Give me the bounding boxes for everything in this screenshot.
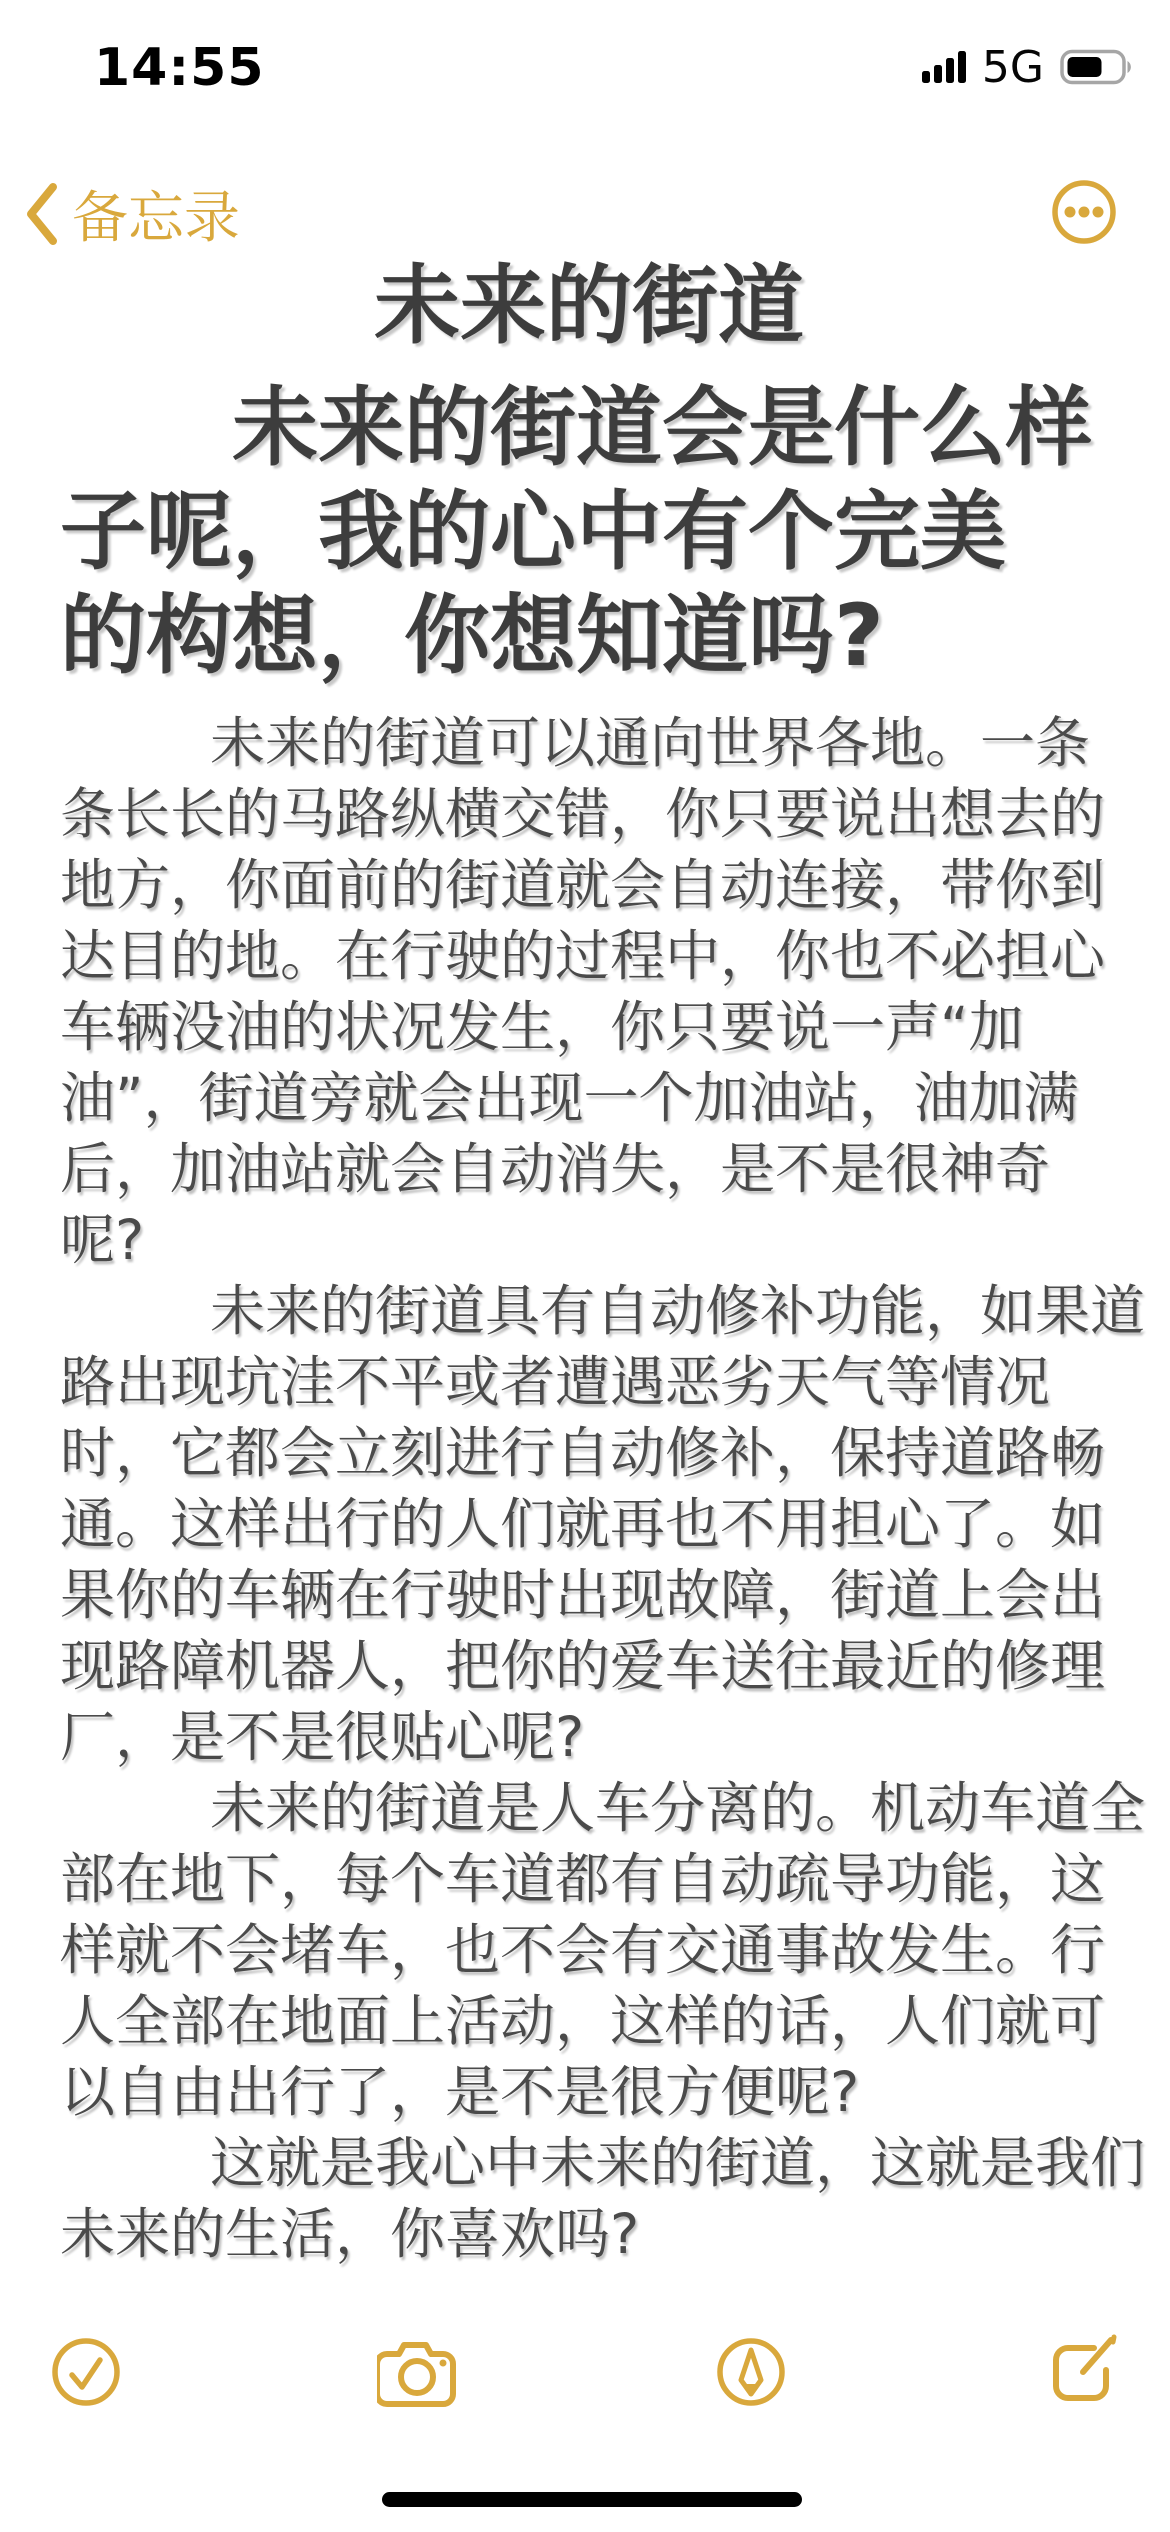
note-line: 达目的地。在行驶的过程中，你也不必担心 <box>60 921 1118 992</box>
camera-icon <box>377 2336 461 2408</box>
camera-button[interactable] <box>377 2336 461 2408</box>
status-icons: 5G <box>922 44 1134 90</box>
status-bar: 14:55 5G <box>0 0 1170 130</box>
network-type-label: 5G <box>982 42 1044 93</box>
note-paragraph: 未来的街道具有自动修补功能，如果道路出现坑洼不平或者遭遇恶劣天气等情况时，它都会… <box>60 1276 1118 1773</box>
note-paragraph: 未来的街道可以通向世界各地。一条条长长的马路纵横交错，你只要说出想去的地方，你面… <box>60 708 1118 1276</box>
note-line: 未来的街道具有自动修补功能，如果道 <box>60 1276 1118 1347</box>
markup-pen-icon <box>715 2336 787 2408</box>
note-line: 条长长的马路纵横交错，你只要说出想去的 <box>60 779 1118 850</box>
back-button[interactable]: 备忘录 <box>22 174 240 254</box>
bottom-toolbar <box>0 2322 1170 2422</box>
status-time: 14:55 <box>94 38 265 98</box>
note-line: 呢? <box>60 1205 1118 1276</box>
note-paragraph: 这就是我心中未来的街道，这就是我们未来的生活，你喜欢吗? <box>60 2128 1118 2270</box>
note-title: 未来的街道 <box>60 250 1118 362</box>
note-line: 车辆没油的状况发生，你只要说一声“加 <box>60 992 1118 1063</box>
chevron-left-icon <box>22 181 60 247</box>
note-line: 厂，是不是很贴心呢? <box>60 1702 1118 1773</box>
note-paragraph: 未来的街道是人车分离的。机动车道全部在地下，每个车道都有自动疏导功能，这样就不会… <box>60 1773 1118 2128</box>
note-intro-line: 子呢，我的心中有个完美 <box>60 480 1118 584</box>
note-line: 现路障机器人，把你的爱车送往最近的修理 <box>60 1631 1118 1702</box>
note-intro: 未来的街道会是什么样子呢，我的心中有个完美的构想，你想知道吗? <box>60 376 1118 688</box>
note-line: 通。这样出行的人们就再也不用担心了。如 <box>60 1489 1118 1560</box>
back-button-label: 备忘录 <box>72 174 240 254</box>
note-line: 后，加油站就会自动消失，是不是很神奇 <box>60 1134 1118 1205</box>
note-line: 果你的车辆在行驶时出现故障，街道上会出 <box>60 1560 1118 1631</box>
compose-button[interactable] <box>1042 2332 1122 2412</box>
markup-button[interactable] <box>715 2336 787 2408</box>
compose-icon <box>1042 2332 1122 2412</box>
note-line: 路出现坑洼不平或者遭遇恶劣天气等情况 <box>60 1347 1118 1418</box>
signal-bars-icon <box>922 50 966 84</box>
note-intro-line: 的构想，你想知道吗? <box>60 584 1118 688</box>
checklist-button[interactable] <box>50 2336 122 2408</box>
note-line: 地方，你面前的街道就会自动连接，带你到 <box>60 850 1118 921</box>
note-body: 未来的街道可以通向世界各地。一条条长长的马路纵横交错，你只要说出想去的地方，你面… <box>60 708 1118 2270</box>
home-indicator[interactable] <box>382 2492 802 2507</box>
note-line: 部在地下，每个车道都有自动疏导功能，这 <box>60 1844 1118 1915</box>
note-line: 这就是我心中未来的街道，这就是我们 <box>60 2128 1118 2199</box>
note-line: 未来的生活，你喜欢吗? <box>60 2199 1118 2270</box>
checklist-icon <box>50 2336 122 2408</box>
note-line: 人全部在地面上活动，这样的话，人们就可 <box>60 1986 1118 2057</box>
ellipsis-circle-icon <box>1050 178 1118 246</box>
battery-icon <box>1060 49 1134 85</box>
note-intro-line: 未来的街道会是什么样 <box>60 376 1118 480</box>
note-line: 样就不会堵车，也不会有交通事故发生。行 <box>60 1915 1118 1986</box>
note-line: 以自由出行了，是不是很方便呢? <box>60 2057 1118 2128</box>
note-line: 未来的街道是人车分离的。机动车道全 <box>60 1773 1118 1844</box>
more-button[interactable] <box>1050 178 1118 246</box>
note-line: 油”，街道旁就会出现一个加油站，油加满 <box>60 1063 1118 1134</box>
note-line: 未来的街道可以通向世界各地。一条 <box>60 708 1118 779</box>
note-line: 时，它都会立刻进行自动修补，保持道路畅 <box>60 1418 1118 1489</box>
note-editor[interactable]: 未来的街道 未来的街道会是什么样子呢，我的心中有个完美的构想，你想知道吗? 未来… <box>60 250 1118 2270</box>
